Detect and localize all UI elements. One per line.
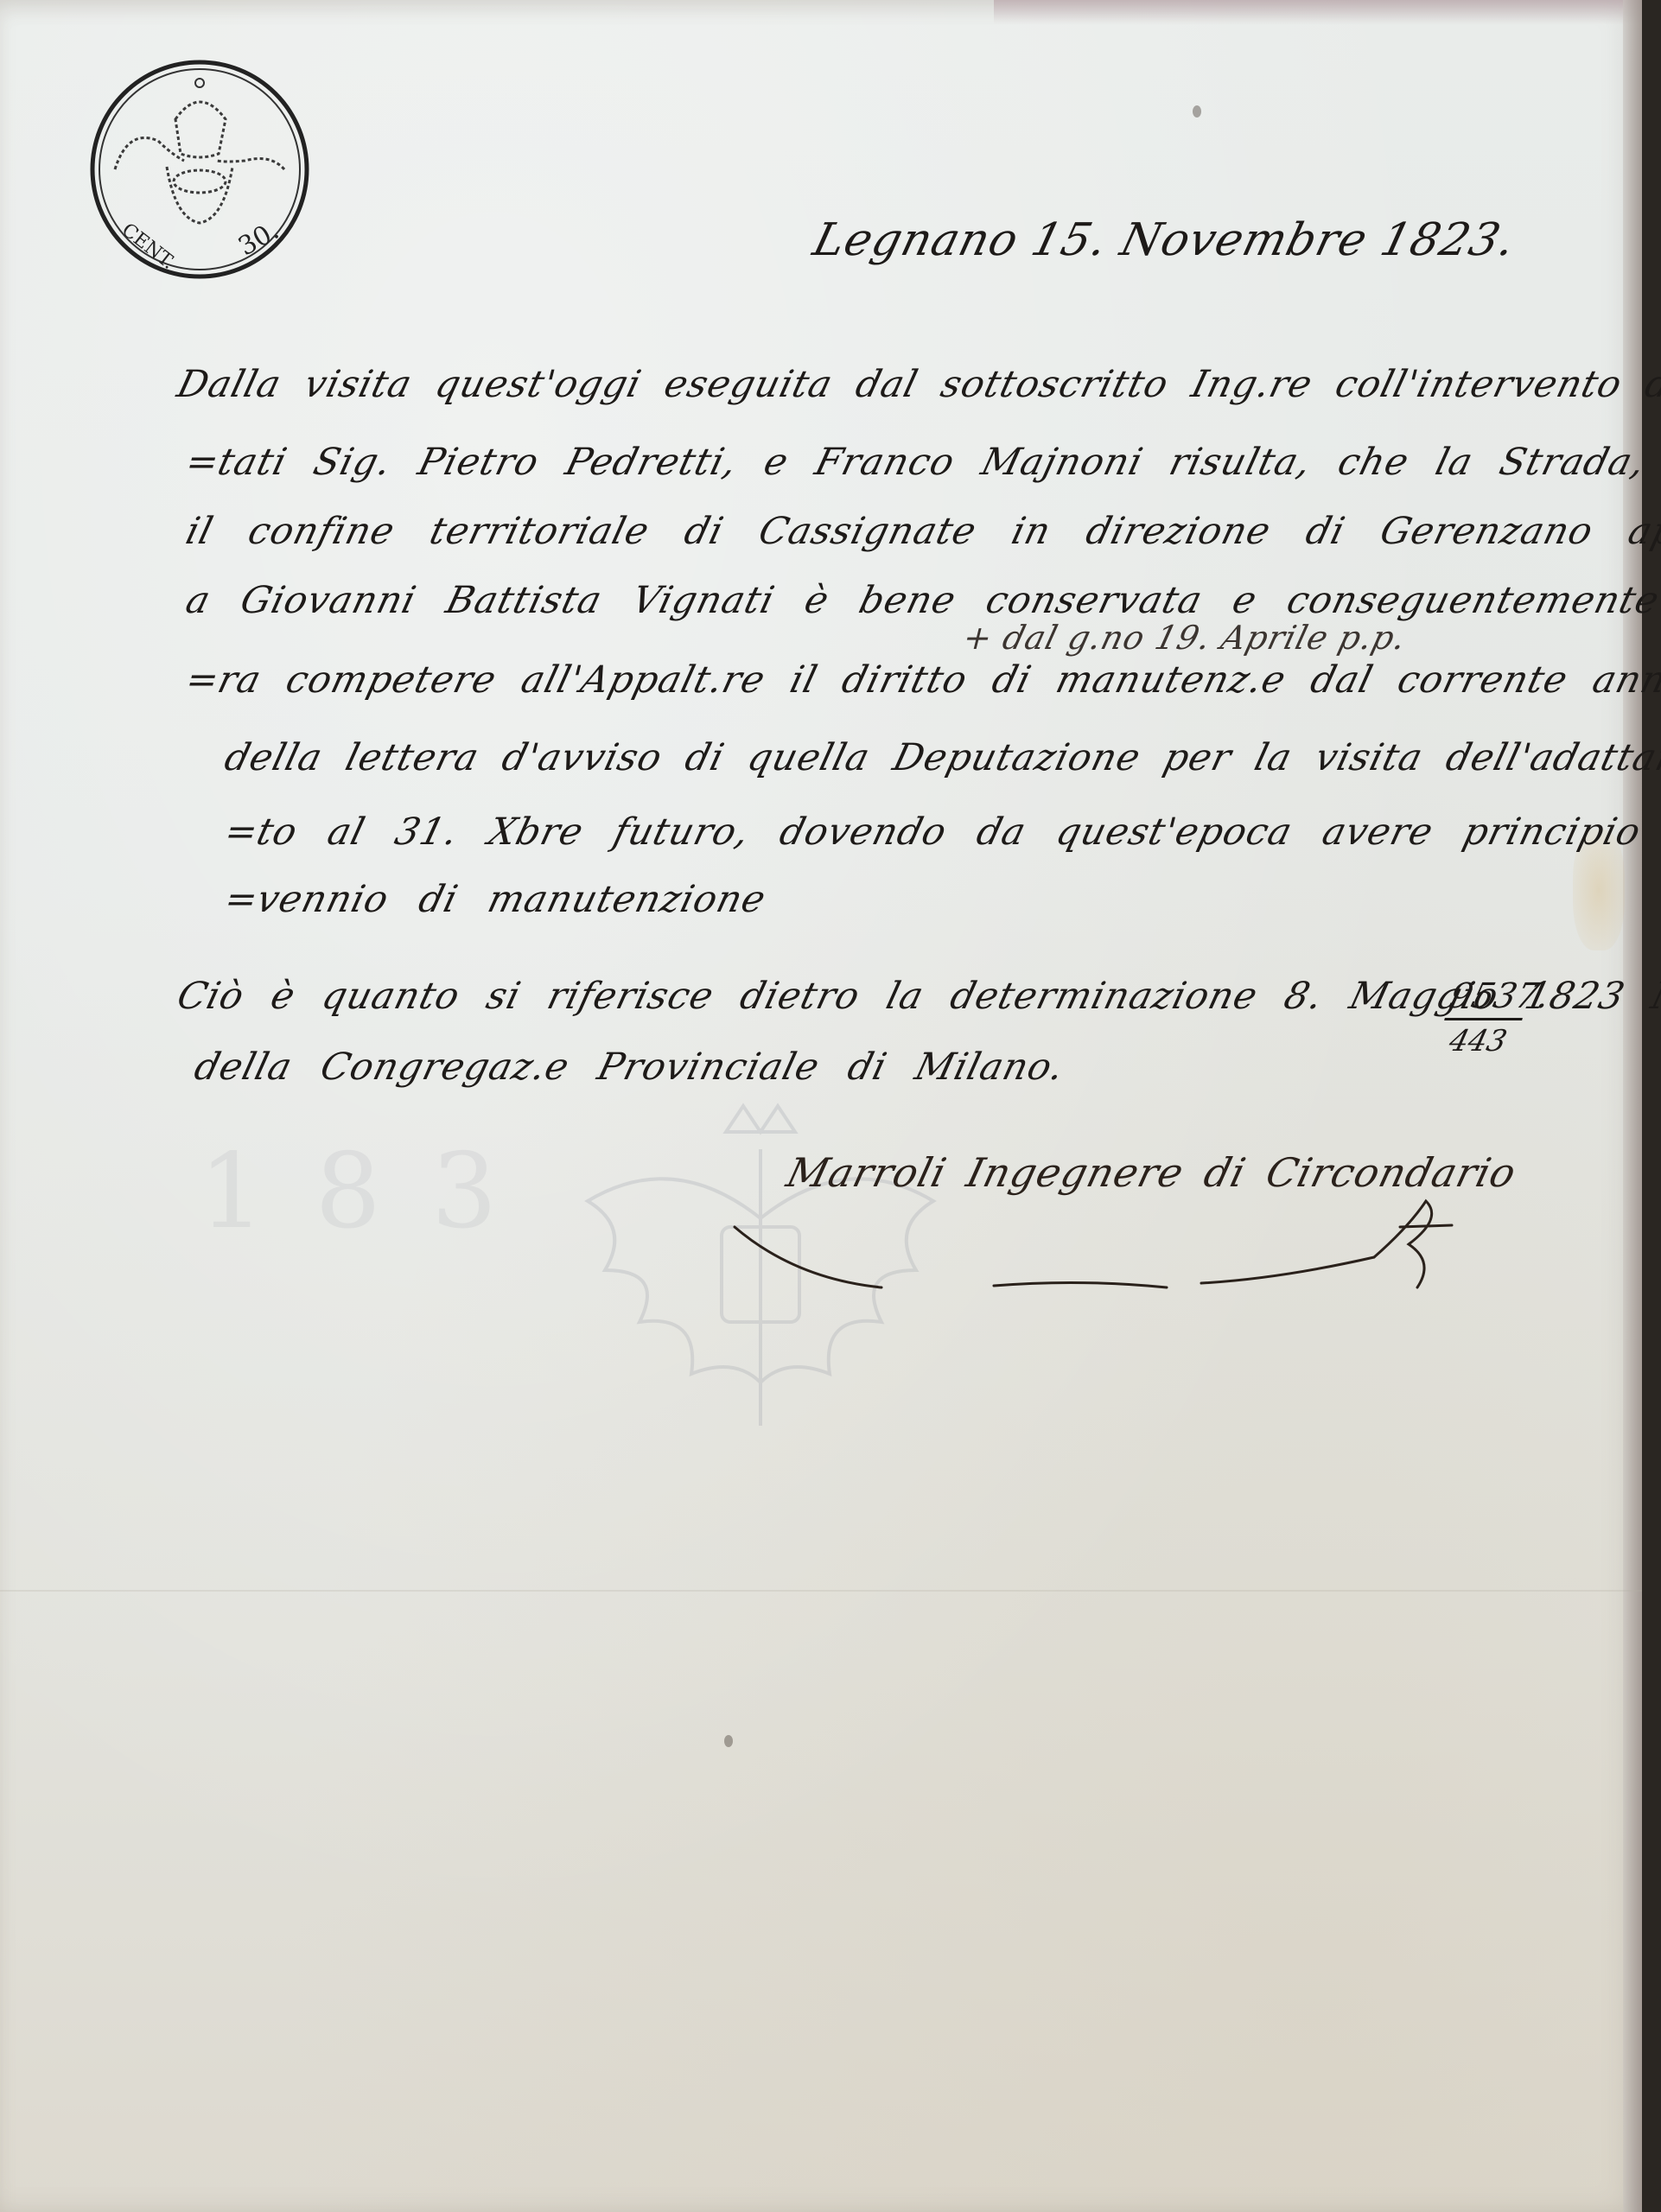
body-line-7: =to al 31. Xbre futuro, dovendo da quest… (220, 810, 1661, 854)
protocol-numerator: 9537. (1444, 976, 1533, 1020)
body-line-3: il confine territoriale di Cassignate in… (181, 510, 1661, 553)
paper-edge-stain (994, 0, 1642, 24)
body-line-6: della lettera d'avviso di quella Deputaz… (220, 736, 1661, 779)
paper-right-edge (1623, 0, 1642, 2212)
body-line-5: =ra competere all'Appalt.re il diritto d… (181, 658, 1661, 702)
place-date-heading: Legnano 15. Novembre 1823. (808, 214, 1521, 266)
ink-speck (1193, 105, 1201, 118)
body-line-8: =vennio di manutenzione (220, 878, 771, 921)
crown-eagle-stamp-icon: CENT. 30. (89, 59, 310, 280)
watermark-digits: 1 8 3 (199, 1132, 506, 1252)
interlinear-insertion: + dal g.no 19. Aprile p.p. (959, 619, 1410, 657)
body-line-9: Ciò è quanto si riferisce dietro la dete… (173, 975, 1661, 1018)
tax-stamp: CENT. 30. (89, 59, 310, 280)
svg-text:30.: 30. (233, 215, 284, 262)
body-line-4: a Giovanni Battista Vignati è bene conse… (181, 579, 1661, 622)
signature-flourish-icon (717, 1192, 1547, 1296)
body-line-2: =tati Sig. Pietro Pedretti, e Franco Maj… (181, 441, 1661, 484)
document-page: CENT. 30. 1 8 3 Legnano 15. Novembre 182… (0, 0, 1642, 2212)
body-line-1: Dalla visita quest'oggi eseguita dal sot… (173, 363, 1661, 406)
ink-speck (724, 1735, 733, 1747)
protocol-denominator: 443 (1435, 1024, 1521, 1058)
signature: Marroli Ingegnere di Circondario (782, 1149, 1521, 1196)
body-line-10: della Congregaz.e Provinciale di Milano. (190, 1046, 1069, 1089)
fold-line (0, 1590, 1642, 1592)
